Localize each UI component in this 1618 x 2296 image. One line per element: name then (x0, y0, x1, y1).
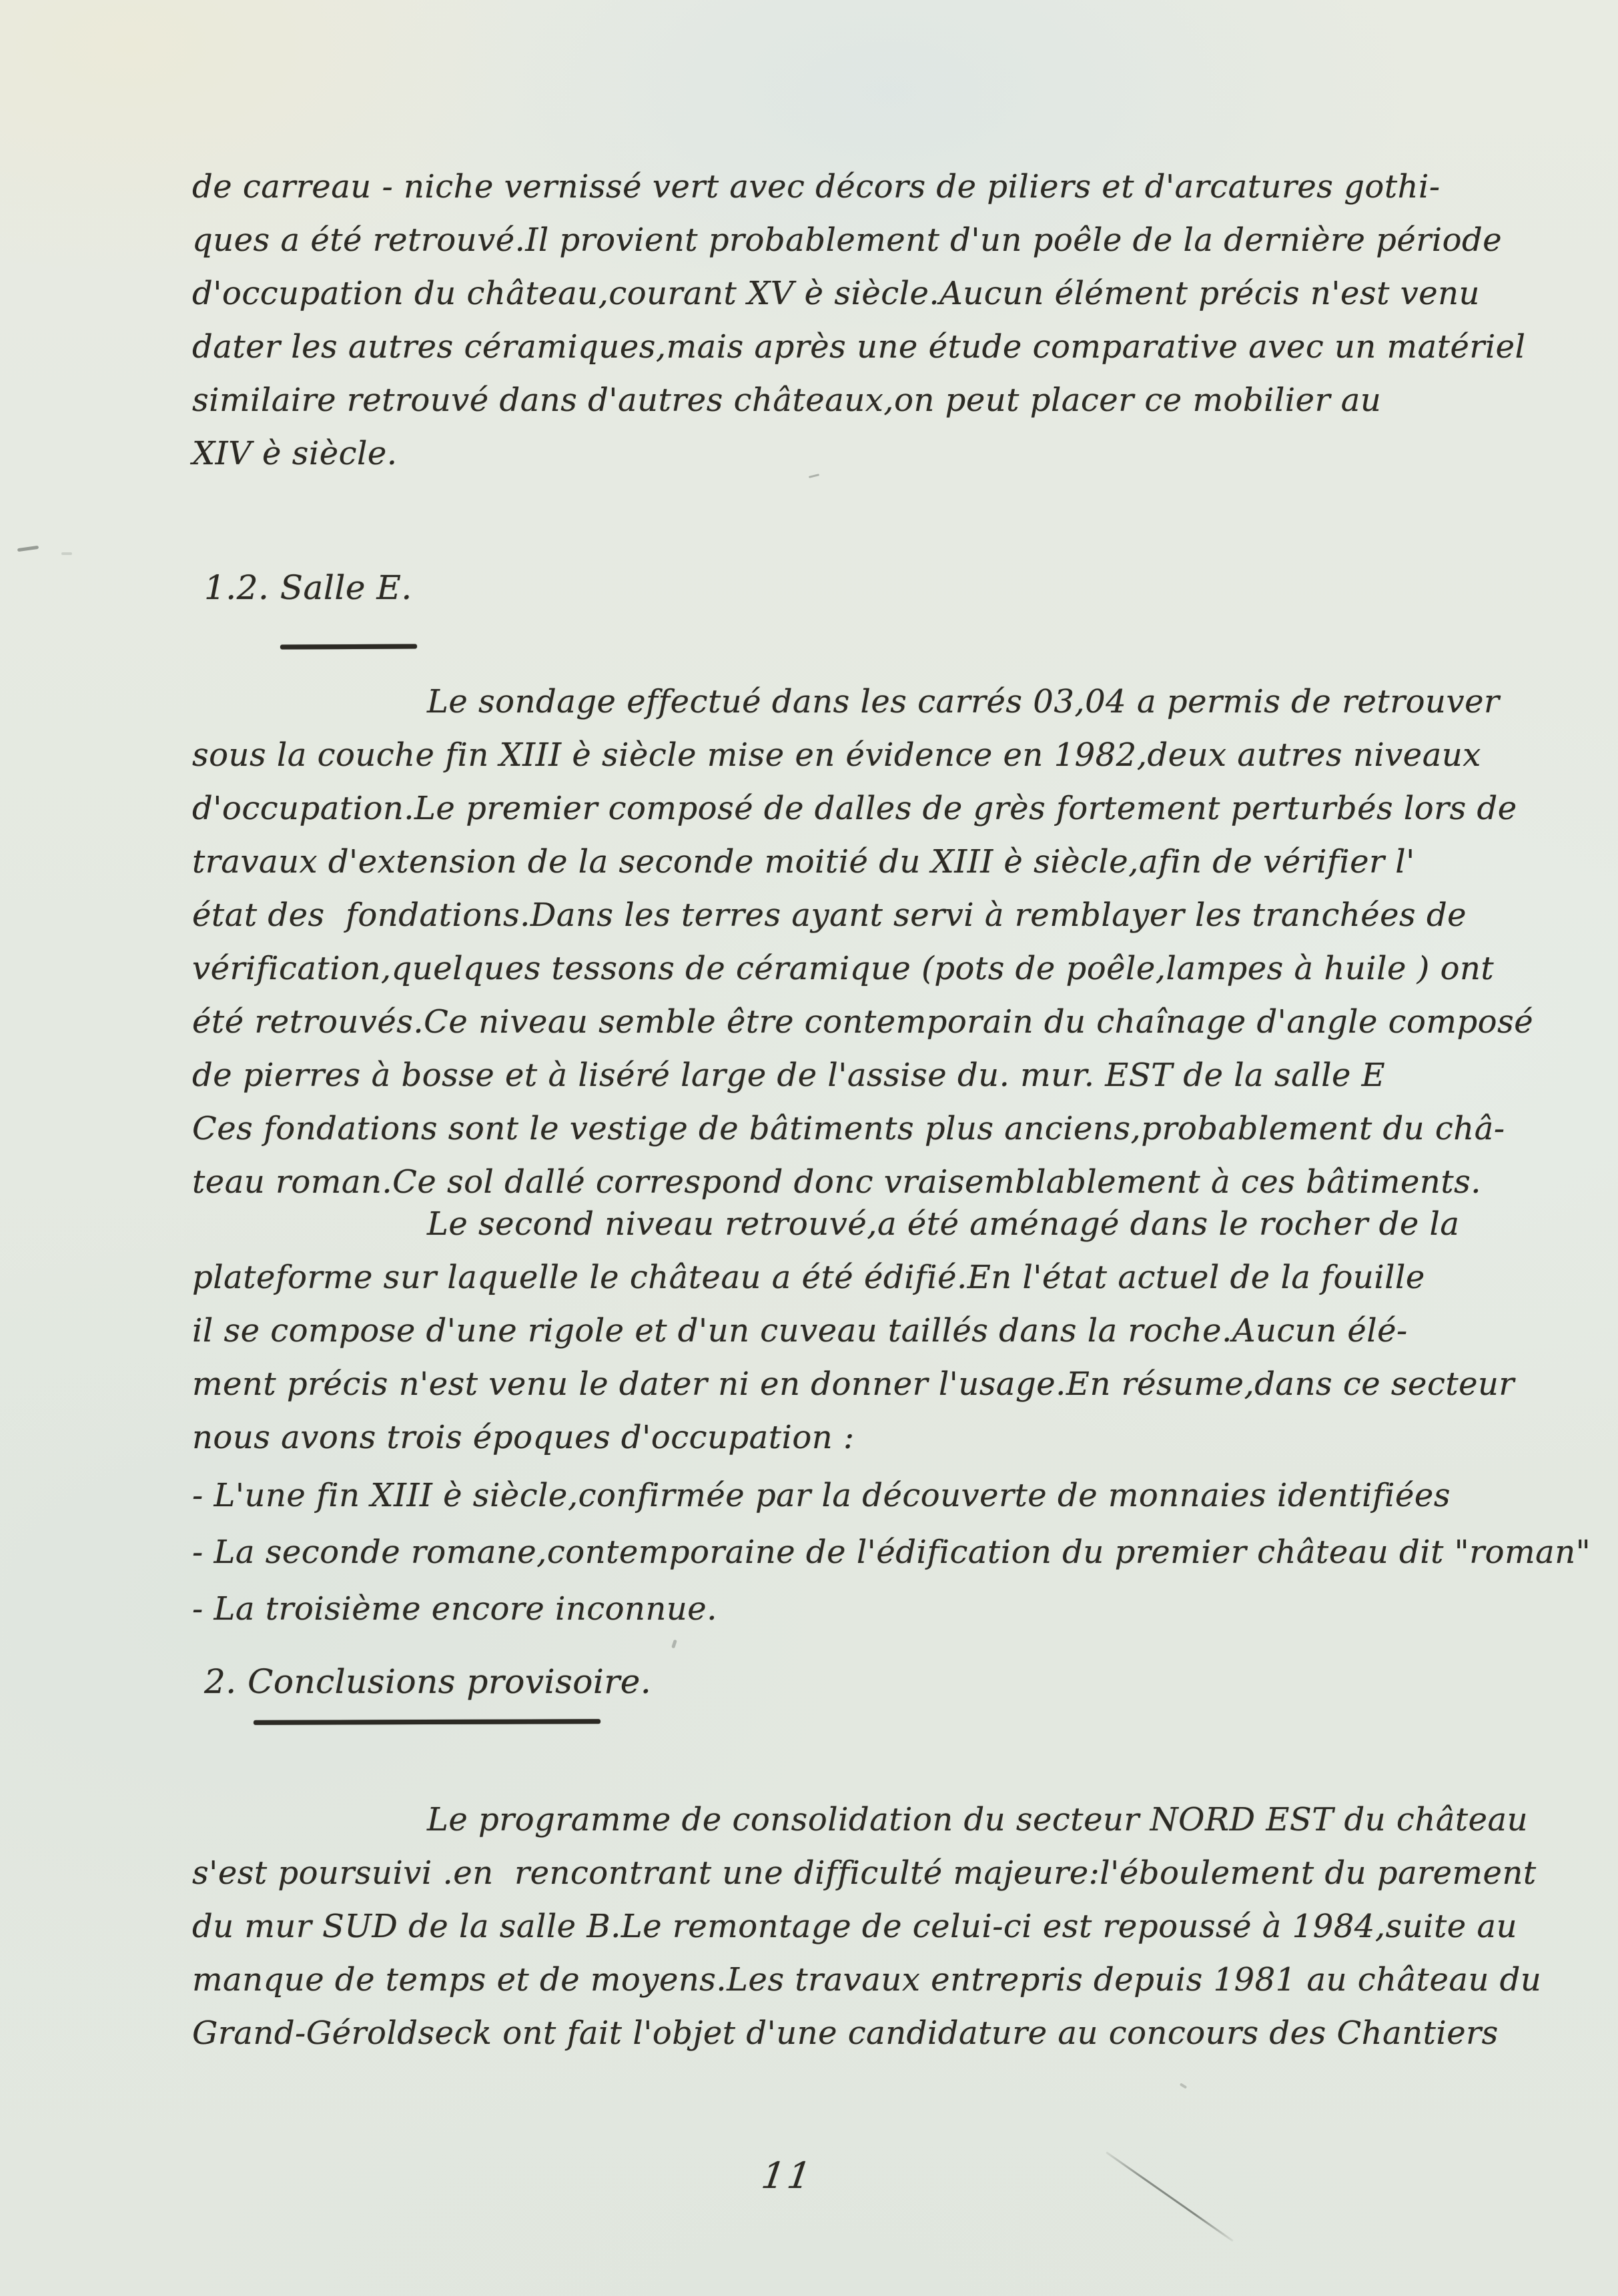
list-item: - L'une fin XIII è siècle,confirmée par … (192, 1468, 1591, 1524)
text-line: ment précis n'est venu le dater ni en do… (192, 1357, 1515, 1411)
text-line: d'occupation du château,courant XV è siè… (192, 267, 1525, 320)
pencil-scratch-mark (1106, 2151, 1234, 2242)
text-line: d'occupation.Le premier composé de dalle… (192, 782, 1533, 835)
text-line: Le programme de consolidation du secteur… (192, 1793, 1541, 1846)
heading-underline (254, 1719, 600, 1725)
text-line: XIV è siècle. (192, 427, 1525, 480)
text-line: de pierres à bosse et à liséré large de … (192, 1049, 1533, 1102)
text-line: travaux d'extension de la seconde moitié… (192, 835, 1533, 889)
list-item: - La troisième encore inconnue. (192, 1581, 1591, 1638)
section-heading-conclusions: 2. Conclusions provisoire. (204, 1662, 651, 1701)
pencil-speck-mark (671, 1640, 677, 1649)
text-line: Le second niveau retrouvé,a été aménagé … (192, 1197, 1515, 1251)
paragraph-conclusions: Le programme de consolidation du secteur… (192, 1793, 1541, 2060)
epoch-list: - L'une fin XIII è siècle,confirmée par … (192, 1468, 1591, 1638)
text-line: il se compose d'une rigole et d'un cuvea… (192, 1304, 1515, 1357)
pencil-smudge-mark (61, 552, 72, 555)
text-line: s'est poursuivi .en rencontrant une diff… (192, 1846, 1541, 1900)
text-line: du mur SUD de la salle B.Le remontage de… (192, 1900, 1541, 1953)
paragraph-ceramics: de carreau - niche vernissé vert avec dé… (192, 160, 1525, 480)
paragraph-second-niveau: Le second niveau retrouvé,a été aménagé … (192, 1197, 1515, 1464)
text-line: Le sondage effectué dans les carrés 03,0… (192, 675, 1533, 728)
text-line: été retrouvés.Ce niveau semble être cont… (192, 995, 1533, 1049)
text-line: Ces fondations sont le vestige de bâtime… (192, 1102, 1533, 1155)
heading-underline (280, 644, 417, 649)
text-line: sous la couche fin XIII è siècle mise en… (192, 728, 1533, 782)
text-line: Grand-Géroldseck ont fait l'objet d'une … (192, 2006, 1541, 2060)
text-line: manque de temps et de moyens.Les travaux… (192, 1953, 1541, 2006)
text-line: vérification,quelques tessons de céramiq… (192, 942, 1533, 995)
text-line: dater les autres céramiques,mais après u… (192, 320, 1525, 374)
text-line: similaire retrouvé dans d'autres château… (192, 374, 1525, 427)
pencil-dash-mark (17, 546, 39, 552)
text-line: état des fondations.Dans les terres ayan… (192, 889, 1533, 942)
pencil-tick-mark (1180, 2083, 1187, 2089)
page-number: 11 (759, 2155, 817, 2197)
text-line: de carreau - niche vernissé vert avec dé… (192, 160, 1525, 213)
scanned-document-page: de carreau - niche vernissé vert avec dé… (0, 0, 1618, 2296)
text-line: ques a été retrouvé.Il provient probable… (192, 213, 1525, 267)
list-item: - La seconde romane,contemporaine de l'é… (192, 1524, 1591, 1581)
section-heading-salle-e: 1.2. Salle E. (204, 568, 412, 607)
text-line: nous avons trois époques d'occupation : (192, 1411, 1515, 1464)
paragraph-sondage: Le sondage effectué dans les carrés 03,0… (192, 675, 1533, 1209)
text-line: plateforme sur laquelle le château a été… (192, 1251, 1515, 1304)
